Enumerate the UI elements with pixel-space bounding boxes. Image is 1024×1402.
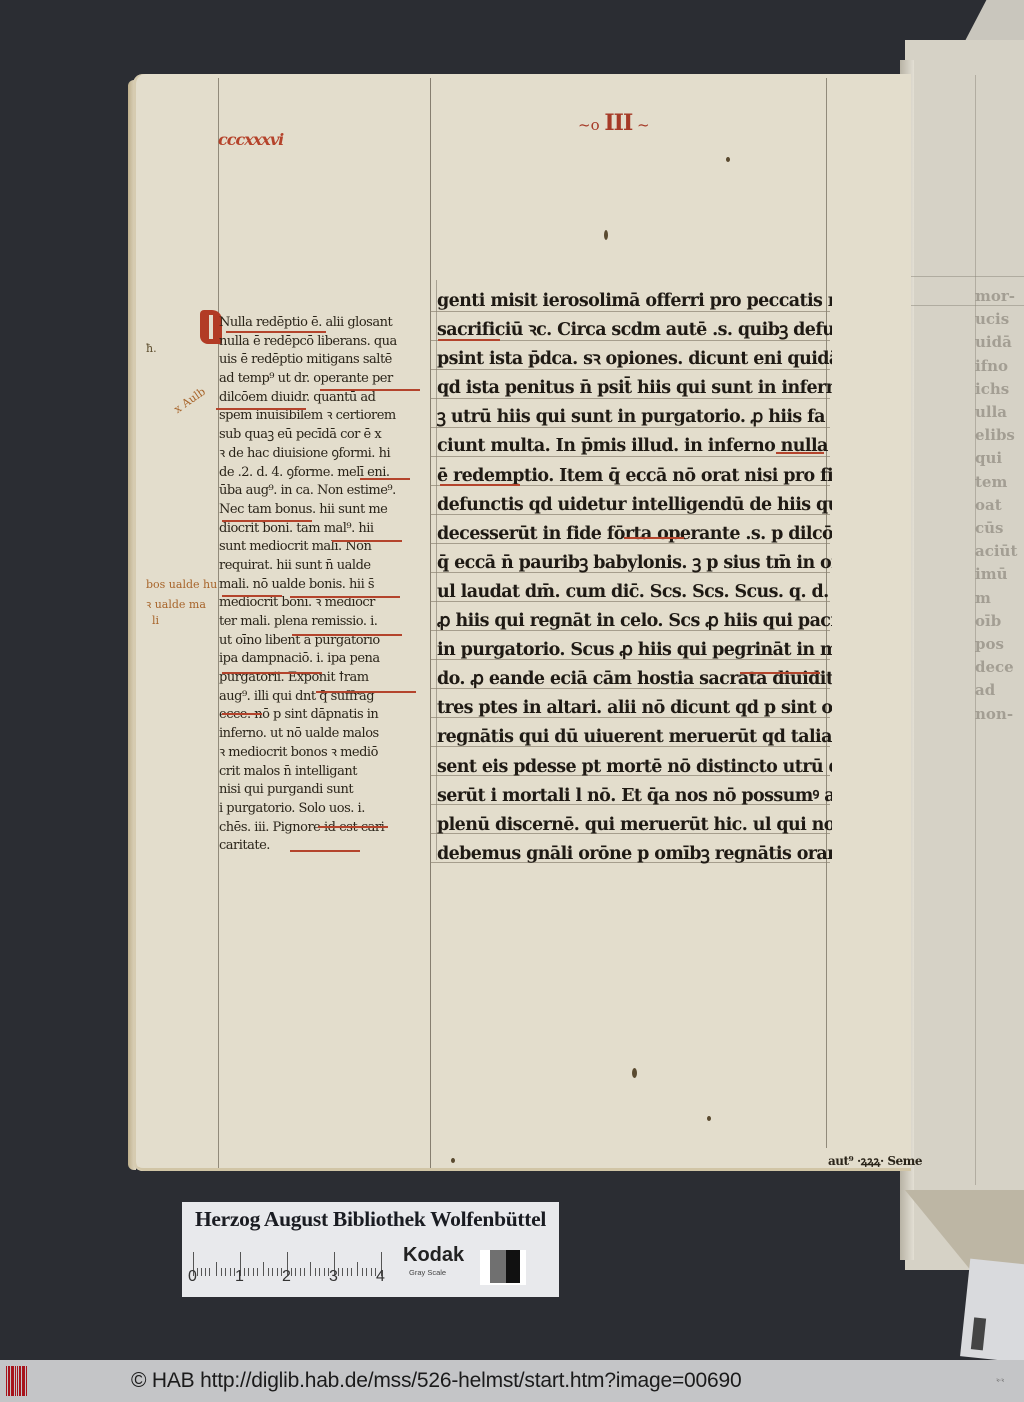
rubric-underline	[332, 540, 402, 542]
text-line: regnātis qui dū uiuerent meruerūt qd tal…	[437, 723, 832, 752]
ink-spot	[726, 157, 730, 162]
gloss-line: uis ē redēptio mitigans saltē	[219, 351, 415, 370]
running-header-numeral: III	[604, 110, 632, 136]
gray-scale-swatch	[480, 1250, 526, 1285]
gloss-line: dilcōem diuidr. quantū ad	[219, 389, 415, 408]
text-line: ē redemptio. Item q̄ eccā nō orat nisi p…	[437, 462, 832, 491]
gloss-text-column: Nulla redēptio ē. alii glosant nulla ē r…	[219, 314, 415, 856]
text-line: q̄ eccā n̄ pauribꝫ babylonis. ꝫ p sius t…	[437, 549, 832, 578]
rubric-underline	[320, 389, 420, 391]
gloss-line: ecce. nō p sint dāpnatis in	[219, 706, 415, 725]
rubric-underline	[222, 713, 262, 715]
gloss-line: diocrit̄ boni. tam mal⁹. hii	[219, 520, 415, 539]
margin-note: ħ.	[146, 342, 157, 355]
ruler-label: 2	[282, 1268, 291, 1286]
text-line: ꝓ hiis qui regnāt in celo. Scs ꝓ hiis qu…	[437, 607, 832, 636]
ruler-label: 4	[376, 1268, 385, 1286]
rubric-underline	[440, 484, 520, 486]
gloss-line: i purgatorio. Solo uos. i.	[219, 800, 415, 819]
kodak-subtitle: Gray Scale	[409, 1268, 446, 1277]
text-line: plenū discernē. qui meruerūt hic. ul qui…	[437, 811, 832, 840]
gloss-line: Nulla redēptio ē. alii glosant	[219, 314, 415, 333]
text-line: defunctis qd uidetur intelligendū de hii…	[437, 491, 832, 520]
running-header-prefix: ~o	[578, 116, 600, 134]
ink-spot	[707, 1116, 711, 1121]
text-line: genti misit ierosolimā offerri pro pecca…	[437, 287, 832, 316]
text-line: qd ista penitus n̄ psit̄ hiis qui sunt i…	[437, 374, 832, 403]
text-line: ꝫ utrū hiis qui sunt in purgatorio. ꝓ hi…	[437, 403, 832, 432]
gloss-line: sub quaꝫ eū pecīdā cor ē x	[219, 426, 415, 445]
margin-note: li	[152, 614, 159, 627]
rubric-underline	[226, 331, 326, 333]
gloss-line: requirat. hii sunt n̄ ualde	[219, 557, 415, 576]
viewer-footer: © HAB http://diglib.hab.de/mss/526-helms…	[0, 1360, 1024, 1402]
margin-note: bos ualde hu	[146, 578, 217, 591]
text-line: ul laudat dm̄. cum dic̄. Scs. Scs. Scus.…	[437, 578, 832, 607]
rubric-underline	[360, 478, 410, 480]
folio-number: cccxxxvi	[218, 130, 283, 149]
running-header-suffix: ~	[637, 116, 650, 134]
rubric-underline	[216, 408, 306, 410]
rubric-underline	[316, 691, 416, 693]
rubric-underline	[318, 826, 388, 828]
gloss-line: caritate.	[219, 837, 415, 856]
gloss-line: ꝛ de hac diuisione ꝯformi. hi	[219, 445, 415, 464]
text-line: decesserūt in fide fōrta operante .s. p …	[437, 520, 832, 549]
gloss-line: ipa dampnaciō. i. ipa pena	[219, 650, 415, 669]
gloss-line: Nec tam bonus. hii sunt me	[219, 501, 415, 520]
text-line: sent eis pdesse pt mortē nō distincto ut…	[437, 753, 832, 782]
gloss-line: nulla ē redēpcō liberans. qua	[219, 333, 415, 352]
gloss-line: inferno. ut nō ualde malos	[219, 725, 415, 744]
rubric-underline	[438, 339, 500, 341]
text-line: serūt i mortali l nō. Et q̄a nos nō poss…	[437, 782, 832, 811]
ink-spot	[451, 1158, 455, 1163]
text-line: in purgatorio. Scus ꝓ hiis qui pegrināt …	[437, 636, 832, 665]
manuscript-scan-image: mor-ucisuidāifnoichsullaelibsquitemoatcū…	[0, 0, 1024, 1360]
gloss-line: mali. nō ualde bonis. hii s̄	[219, 576, 415, 595]
rubric-underline	[776, 452, 824, 454]
ink-spot	[632, 1068, 637, 1078]
gloss-line: spēm inuisibilem ꝛ certiorem	[219, 407, 415, 426]
ruler-label: 3	[329, 1268, 338, 1286]
rubric-underline	[222, 520, 312, 522]
text-line: ciunt multa. In p̄mis illud. in inferno …	[437, 432, 832, 461]
ruler-label: 0	[188, 1268, 197, 1286]
facing-page-text-bleed: mor-ucisuidāifnoichsullaelibsquitemoatcū…	[975, 285, 1024, 845]
margin-note: ꝛ ualde ma	[146, 597, 206, 612]
text-line: tres ptes in altari. alii nō dicunt qd p…	[437, 694, 832, 723]
text-line: debemus gnāli orōne p omībꝫ regnātis ora…	[437, 840, 832, 869]
rubric-underline	[740, 672, 820, 674]
ruling-line	[430, 78, 431, 1168]
text-line: psint ista p̄dca. sꝛ opiones. dicunt eni…	[437, 345, 832, 374]
gloss-line: ter mali. plena remissio. i.	[219, 613, 415, 632]
copyright-url-link[interactable]: © HAB http://diglib.hab.de/mss/526-helms…	[131, 1369, 741, 1393]
rubric-underline	[222, 672, 322, 674]
hab-barcode-logo-icon[interactable]	[6, 1366, 27, 1396]
kodak-brand: Kodak	[403, 1244, 464, 1267]
gloss-line: ꝛ mediocrit̄ bonos ꝛ mediō	[219, 744, 415, 763]
facing-ruling	[908, 276, 1024, 277]
gloss-line: ad temp⁹ ut dr. operante per	[219, 370, 415, 389]
rubric-underline	[292, 634, 402, 636]
ink-spot	[604, 230, 608, 240]
text-line: do. ꝓ eande eciā cām hostia sacrata diui…	[437, 665, 832, 694]
footer-marker: ꝛ◦ꝛ	[996, 1376, 1004, 1384]
rubric-underline	[290, 850, 360, 852]
ruler-label: 1	[235, 1268, 244, 1286]
catchword: aut⁹ ·ꝝꝝꝝ· Seme	[828, 1152, 922, 1169]
shelfmark-label	[960, 1259, 1024, 1360]
institution-name: Herzog August Bibliothek Wolfenbüttel	[182, 1207, 559, 1232]
rubric-underline	[290, 596, 400, 598]
gloss-line: nisi qui purgandi sunt	[219, 781, 415, 800]
gloss-line: crit̄ malos n̄ intelligant	[219, 763, 415, 782]
rubric-underline	[624, 537, 684, 539]
gloss-line: ūba aug⁹. in ca. Non estime⁹.	[219, 482, 415, 501]
rubric-underline	[222, 595, 282, 597]
main-text-column: genti misit ierosolimā offerri pro pecca…	[437, 287, 832, 869]
running-header: ~o III ~	[578, 110, 650, 136]
